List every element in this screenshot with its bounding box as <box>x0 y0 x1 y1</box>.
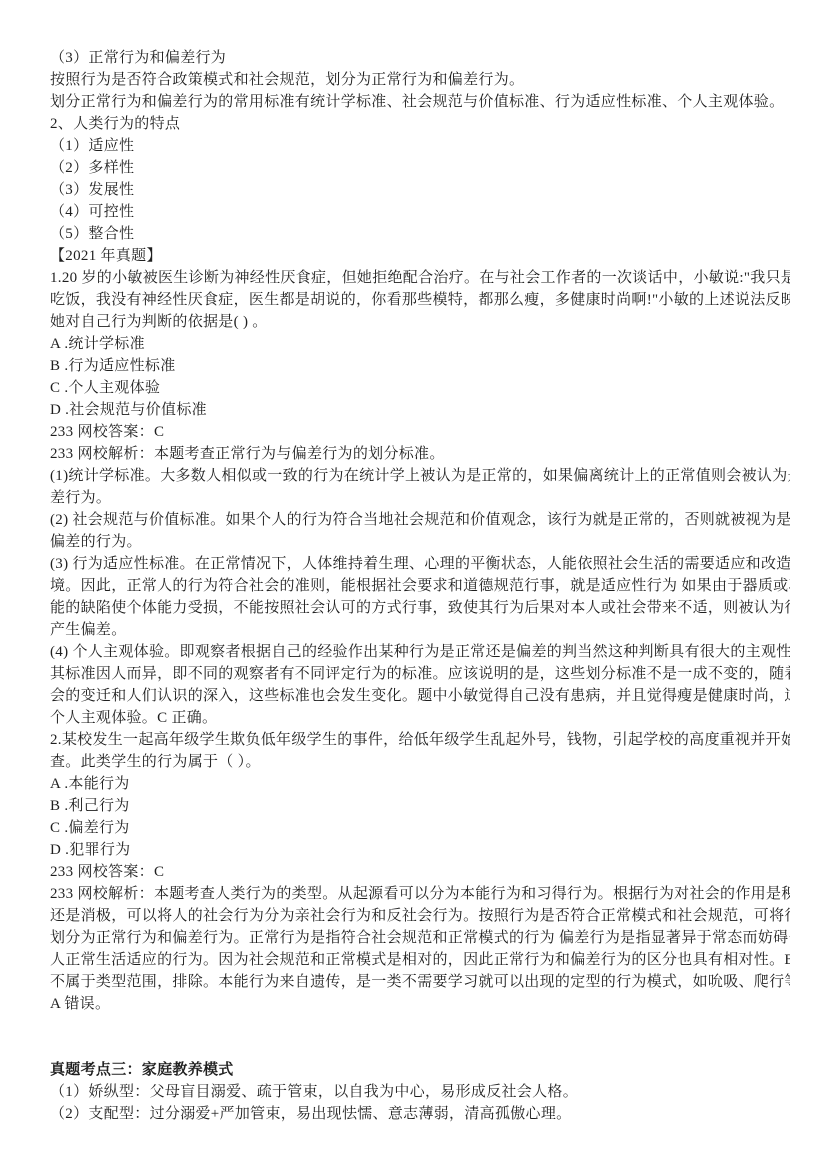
text-line: 能的缺陷使个体能力受损，不能按照社会认可的方式行事，致使其行为后果对本人或社会带… <box>50 597 790 619</box>
text-line: （2）多样性 <box>50 157 790 179</box>
answer-line: 233 网校答案：C <box>50 861 790 883</box>
question-text: 1.20 岁的小敏被医生诊断为神经性厌食症，但她拒绝配合治疗。在与社会工作者的一… <box>50 267 790 289</box>
option-a: A .统计学标准 <box>50 333 790 355</box>
text-line: 境。因此，正常人的行为符合社会的准则，能根据社会要求和道德规范行事，就是适应性行… <box>50 575 790 597</box>
explanation-line: 233 网校解析：本题考查正常行为与偏差行为的划分标准。 <box>50 443 790 465</box>
text-line: 差行为。 <box>50 487 790 509</box>
exam-year-heading: 【2021 年真题】 <box>50 245 790 267</box>
text-line: 按照行为是否符合政策模式和社会规范，划分为正常行为和偏差行为。 <box>50 69 790 91</box>
question-text: 2.某校发生一起高年级学生欺负低年级学生的事件，给低年级学生乱起外号，钱物，引起… <box>50 729 790 751</box>
option-b: B .利己行为 <box>50 795 790 817</box>
text-line: A 错误。 <box>50 993 790 1015</box>
text-line: (1)统计学标准。大多数人相似或一致的行为在统计学上被认为是正常的，如果偏离统计… <box>50 465 790 487</box>
text-line: （2）支配型：过分溺爱+严加管束，易出现怯懦、意志薄弱，清高孤傲心理。 <box>50 1103 790 1125</box>
option-a: A .本能行为 <box>50 773 790 795</box>
text-line: (3) 行为适应性标准。在正常情况下，人体维持着生理、心理的平衡状态，人能依照社… <box>50 553 790 575</box>
text-line: （1）适应性 <box>50 135 790 157</box>
section-heading: 真题考点三：家庭教养模式 <box>50 1059 790 1081</box>
spacer-line <box>50 1015 790 1037</box>
text-line: 划分正常行为和偏差行为的常用标准有统计学标准、社会规范与价值标准、行为适应性标准… <box>50 91 790 113</box>
text-line: 划分为正常行为和偏差行为。正常行为是指符合社会规范和正常模式的行为 偏差行为是指… <box>50 927 790 949</box>
spacer-line <box>50 1037 790 1059</box>
text-line: （5）整合性 <box>50 223 790 245</box>
subsection-heading: 2、人类行为的特点 <box>50 113 790 135</box>
text-line: 还是消极，可以将人的社会行为分为亲社会行为和反社会行为。按照行为是否符合正常模式… <box>50 905 790 927</box>
question-text: 她对自己行为判断的依据是( ) 。 <box>50 311 790 333</box>
text-line: 其标准因人而异，即不同的观察者有不同评定行为的标准。应该说明的是，这些划分标准不… <box>50 663 790 685</box>
text-line: 不属于类型范围，排除。本能行为来自遗传，是一类不需要学习就可以出现的定型的行为模… <box>50 971 790 993</box>
text-line: （3）发展性 <box>50 179 790 201</box>
text-line: （4）可控性 <box>50 201 790 223</box>
text-line: 会的变迁和人们认识的深入，这些标准也会发生变化。题中小敏觉得自己没有患病，并且觉… <box>50 685 790 707</box>
option-d: D .社会规范与价值标准 <box>50 399 790 421</box>
text-line: (2) 社会规范与价值标准。如果个人的行为符合当地社会规范和价值观念，该行为就是… <box>50 509 790 531</box>
question-text: 查。此类学生的行为属于（ ）。 <box>50 751 790 773</box>
explanation-line: 233 网校解析：本题考查人类行为的类型。从起源看可以分为本能行为和习得行为。根… <box>50 883 790 905</box>
document-body: （3）正常行为和偏差行为按照行为是否符合政策模式和社会规范，划分为正常行为和偏差… <box>50 47 790 1125</box>
text-line: （1）娇纵型：父母盲目溺爱、疏于管束，以自我为中心，易形成反社会人格。 <box>50 1081 790 1103</box>
option-b: B .行为适应性标准 <box>50 355 790 377</box>
option-d: D .犯罪行为 <box>50 839 790 861</box>
answer-line: 233 网校答案：C <box>50 421 790 443</box>
question-text: 吃饭，我没有神经性厌食症，医生都是胡说的，你看那些模特，都那么瘦，多健康时尚啊!… <box>50 289 790 311</box>
text-line: 个人主观体验。C 正确。 <box>50 707 790 729</box>
option-c: C .偏差行为 <box>50 817 790 839</box>
text-line: 产生偏差。 <box>50 619 790 641</box>
text-line: (4) 个人主观体验。即观察者根据自己的经验作出某种行为是正常还是偏差的判当然这… <box>50 641 790 663</box>
option-c: C .个人主观体验 <box>50 377 790 399</box>
document-page: （3）正常行为和偏差行为按照行为是否符合政策模式和社会规范，划分为正常行为和偏差… <box>0 0 830 1175</box>
text-line: 偏差的行为。 <box>50 531 790 553</box>
subsection-heading: （3）正常行为和偏差行为 <box>50 47 790 69</box>
text-line: 人正常生活适应的行为。因为社会规范和正常模式是相对的，因此正常行为和偏差行为的区… <box>50 949 790 971</box>
